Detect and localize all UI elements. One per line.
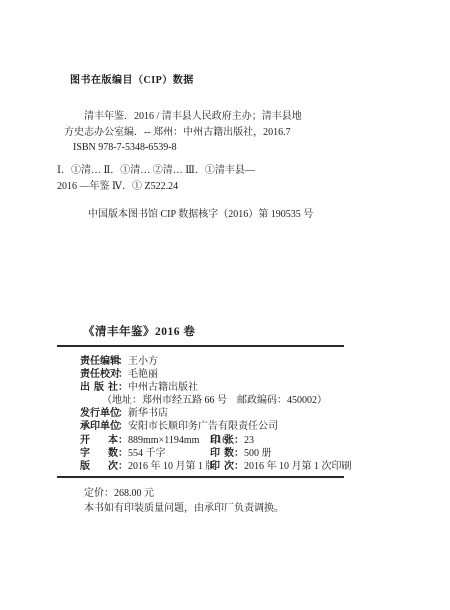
row-value: 2016 年 10 月第 1 版 [128, 461, 216, 472]
copyright-page: 图书在版编目（CIP）数据 清丰年鉴．2016 / 清丰县人民政府主办；清丰县地… [0, 0, 450, 610]
row-value: 2016 年 10 月第 1 次印刷 [244, 461, 352, 472]
label-colon: ： [234, 448, 244, 459]
row-label: 印次 [210, 460, 234, 473]
label-colon: ： [118, 356, 128, 367]
colophon-list: 责任编辑：王小方 责任校对：毛艳丽 出版社：中州古籍出版社 （地址：郑州市经五路… [80, 355, 400, 473]
publisher-address-note: （地址：郑州市经五路 66 号 邮政编码：450002） [102, 394, 400, 407]
row-value: 安阳市长顺印务广告有限责任公司 [128, 421, 278, 432]
row-value: 554 千字 [128, 448, 166, 459]
classification-line: Ⅰ．①清… Ⅱ．①清… ②清… Ⅲ．①清丰县— [57, 163, 367, 179]
classification-line: 2016 —年鉴 Ⅳ．① Z522.24 [57, 179, 367, 195]
colophon-row-printrun: 印数：500 册 [210, 447, 272, 460]
colophon-row-format: 开本：889mm×1194mm 1/16 印张：23 [80, 434, 400, 447]
row-label: 开本 [80, 434, 118, 447]
isbn-line: ISBN 978-7-5348-6539-8 [57, 140, 367, 156]
row-label: 出版社 [80, 381, 118, 394]
price-line: 定价：268.00 元 [84, 486, 404, 501]
row-label: 承印单位 [80, 420, 118, 433]
row-value: 王小方 [128, 356, 158, 367]
label-colon: ： [118, 448, 128, 459]
row-label: 版次 [80, 460, 118, 473]
row-label: 印数 [210, 447, 234, 460]
cip-record-line: 方史志办公室编．-- 郑州：中州古籍出版社，2016.7 [57, 125, 367, 141]
book-title: 《清丰年鉴》2016 卷 [83, 323, 195, 339]
colophon-row-printer: 承印单位：安阳市长顺印务广告有限责任公司 [80, 420, 400, 433]
row-label: 印张 [210, 434, 234, 447]
label-colon: ： [234, 461, 244, 472]
label-colon: ： [118, 461, 128, 472]
cip-registry-line: 中国版本图书馆 CIP 数据核字（2016）第 190535 号 [88, 205, 313, 220]
row-value: 新华书店 [128, 408, 168, 419]
cip-record-block: 清丰年鉴．2016 / 清丰县人民政府主办；清丰县地 方史志办公室编．-- 郑州… [57, 109, 367, 156]
label-colon: ： [118, 408, 128, 419]
colophon-row-editor: 责任编辑：王小方 [80, 355, 400, 368]
cip-header: 图书在版编目（CIP）数据 [70, 71, 194, 86]
label-colon: ： [118, 382, 128, 393]
colophon-row-proofreader: 责任校对：毛艳丽 [80, 368, 400, 381]
row-label: 字数 [80, 447, 118, 460]
colophon-row-sheets: 印张：23 [210, 434, 254, 447]
quality-note: 本书如有印装质量问题，由承印厂负责调换。 [84, 501, 404, 516]
colophon-row-edition: 版次：2016 年 10 月第 1 版 印次：2016 年 10 月第 1 次印… [80, 460, 400, 473]
label-colon: ： [118, 421, 128, 432]
divider-line-bottom [57, 476, 344, 478]
footer-block: 定价：268.00 元 本书如有印装质量问题，由承印厂负责调换。 [84, 486, 404, 516]
row-label: 责任校对 [80, 368, 118, 381]
colophon-row-publisher: 出版社：中州古籍出版社 [80, 381, 400, 394]
row-value: 500 册 [244, 448, 272, 459]
row-value: 中州古籍出版社 [128, 382, 198, 393]
row-label: 责任编辑 [80, 355, 118, 368]
label-colon: ： [118, 435, 128, 446]
cip-classification-block: Ⅰ．①清… Ⅱ．①清… ②清… Ⅲ．①清丰县— 2016 —年鉴 Ⅳ．① Z52… [57, 163, 367, 194]
label-colon: ： [118, 369, 128, 380]
colophon-row-impression: 印次：2016 年 10 月第 1 次印刷 [210, 460, 352, 473]
row-value: 毛艳丽 [128, 369, 158, 380]
cip-record-line: 清丰年鉴．2016 / 清丰县人民政府主办；清丰县地 [57, 109, 367, 125]
label-colon: ： [234, 435, 244, 446]
row-value: 23 [244, 435, 254, 446]
divider-line-top [57, 345, 344, 347]
colophon-row-wordcount: 字数：554 千字 印数：500 册 [80, 447, 400, 460]
row-label: 发行单位 [80, 407, 118, 420]
colophon-row-distributor: 发行单位：新华书店 [80, 407, 400, 420]
